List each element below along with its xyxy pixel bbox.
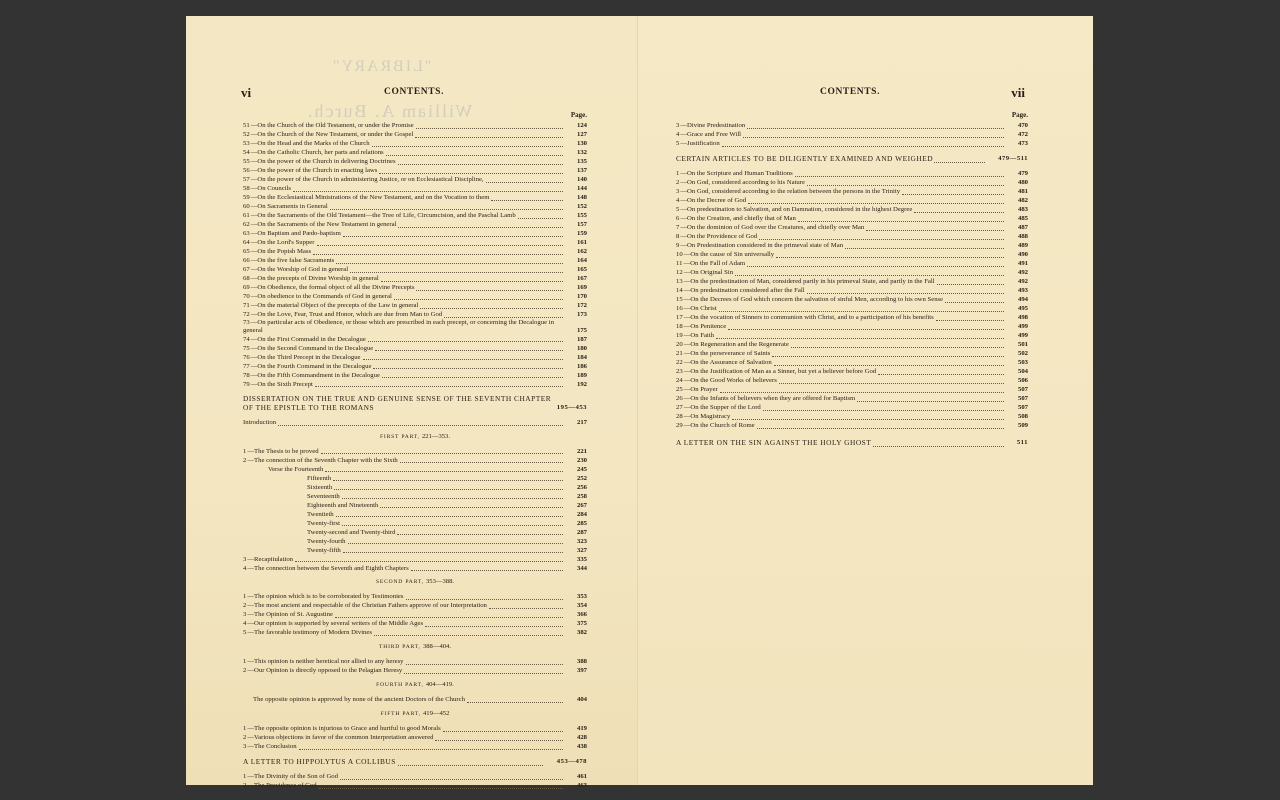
entry-text: On the material Object of the precepts o…: [257, 302, 418, 309]
entry-number: 5: [676, 140, 679, 147]
entry-page: 388: [565, 658, 587, 666]
entry-title: 15—On the Decrees of God which concern t…: [676, 296, 943, 304]
entry-title: 1—The Divinity of the Son of God: [243, 773, 338, 781]
entry-number: 18: [676, 323, 683, 330]
entry-page: 493: [1006, 287, 1028, 295]
entry-title: 2—The connection of the Seventh Chapter …: [243, 457, 398, 465]
entry-number: 2: [243, 734, 246, 741]
entry-text: The Thesis to be proved: [254, 448, 319, 455]
entry-number: 3: [243, 743, 246, 750]
entry-text: On the Decree of God: [687, 197, 746, 204]
entry-number: 24: [676, 377, 683, 384]
entry-number: 66: [243, 257, 250, 264]
section-title: A Letter to Hippolytus a Collibus: [243, 758, 396, 767]
contents-entry: 56—On the power of the Church in enactin…: [243, 166, 587, 175]
leader-dots: [415, 130, 563, 138]
contents-entry: 28—On Magistracy508: [676, 412, 1028, 421]
entry-number: 14: [676, 287, 683, 294]
leader-dots: [743, 130, 1004, 138]
entry-text: On Obedience, the formal object of all t…: [257, 284, 414, 291]
entry-number: 74: [243, 336, 250, 343]
entry-title: 51—On the Church of the Old Testament, o…: [243, 122, 414, 130]
entry-title: 5—The favorable testimony of Modern Divi…: [243, 629, 372, 637]
entry-page: 221: [565, 448, 587, 456]
contents-entry: 55—On the power of the Church in deliver…: [243, 157, 587, 166]
contents-entry: 2—On God, considered according to his Na…: [676, 178, 1028, 187]
entry-number: 61: [243, 212, 250, 219]
entry-number: 3: [676, 122, 679, 129]
leader-dots: [467, 695, 563, 703]
part-range: 419—452: [423, 710, 449, 717]
entry-page: 499: [1006, 323, 1028, 331]
entry-number: 1: [243, 658, 246, 665]
entry-page: 490: [1006, 251, 1028, 259]
leader-dots: [914, 205, 1004, 213]
contents-entry: 19—On Faith499: [676, 331, 1028, 340]
entry-text: On particular acts of Obedience, or thos…: [243, 319, 554, 334]
leader-dots: [343, 545, 563, 553]
contents-entry: 3—The Opinion of St. Augustine366: [243, 610, 587, 619]
leader-dots: [759, 232, 1004, 240]
entry-number: 2: [243, 782, 246, 789]
entry-title: 67—On the Worship of God in general: [243, 266, 348, 274]
contents-entry: 18—On Penitence499: [676, 322, 1028, 331]
contents-entry: 67—On the Worship of God in general165: [243, 265, 587, 274]
first-part-heading: FIRST PART, 221—353.: [243, 433, 587, 442]
entry-text: On the power of the Church in delivering…: [257, 158, 395, 165]
contents-entry: 68—On the precepts of Divine Worship in …: [243, 274, 587, 283]
entry-text: On the Sacraments of the New Testament i…: [257, 221, 396, 228]
contents-entry: 5—The favorable testimony of Modern Divi…: [243, 628, 587, 637]
part-label: FIRST PART,: [380, 434, 420, 440]
entry-title: 4—Grace and Free Will: [676, 131, 741, 139]
leader-dots: [444, 310, 563, 318]
contents-entry: 75—On the Second Command in the Decalogu…: [243, 343, 587, 352]
contents-entry: 23—On the Justification of Man as a Sinn…: [676, 367, 1028, 376]
contents-entry: 64—On the Lord's Supper161: [243, 238, 587, 247]
entry-text: On the Head and the Marks of the Church: [257, 140, 369, 147]
contents-entry: 72—On the Love, Fear, Trust and Honor, w…: [243, 310, 587, 319]
leader-dots: [728, 322, 1004, 330]
leader-dots: [489, 601, 563, 609]
entry-text: On the Creation, and chiefly that of Man: [687, 215, 796, 222]
left-page: "LIBRARY" William A. Burch. vi CONTENTS.…: [186, 16, 638, 785]
entry-title: 57—On the power of the Church in adminis…: [243, 176, 484, 184]
contents-entry: 51—On the Church of the Old Testament, o…: [243, 121, 587, 130]
entry-title: 19—On Faith: [676, 332, 714, 340]
entry-number: 57: [243, 176, 250, 183]
page-number: vii: [1011, 85, 1025, 101]
entry-page: 165: [565, 266, 587, 274]
entry-title: 5—Justification: [676, 140, 720, 148]
entry-title: 3—The Conclusion: [243, 743, 297, 751]
leader-dots: [406, 592, 563, 600]
leader-dots: [398, 758, 543, 766]
contents-entry: 2—Our Opinion is directly opposed to the…: [243, 666, 587, 675]
contents-entry: Twenty-fourth323: [243, 536, 587, 545]
entry-page: 167: [565, 275, 587, 283]
entry-text: On the Sacraments of the Old Testament—t…: [257, 212, 515, 219]
entry-title: 62—On the Sacraments of the New Testamen…: [243, 221, 396, 229]
contents-entry: 66—On the five false Sacraments164: [243, 256, 587, 265]
contents-entry: 11—On the Fall of Adam491: [676, 259, 1028, 268]
entry-text: On predestination to Salvation, and on D…: [687, 206, 912, 213]
entry-page: 169: [565, 284, 587, 292]
entry-number: 53: [243, 140, 250, 147]
entry-number: 17: [676, 314, 683, 321]
entry-number: 5: [243, 629, 246, 636]
entry-page: 245: [565, 466, 587, 474]
entry-number: 21: [676, 350, 683, 357]
entry-text: Twenty-second and Twenty-third: [307, 529, 395, 536]
contents-entry: Twenty-fifth327: [243, 545, 587, 554]
entry-text: On the Ecclesiastical Ministrations of t…: [257, 194, 489, 201]
entry-number: 13: [676, 278, 683, 285]
entry-page: 353: [565, 593, 587, 601]
contents-entry: 10—On the cause of Sin universally490: [676, 250, 1028, 259]
page-column-label: Page.: [676, 112, 1028, 120]
contents-entry: 70—On obedience to the Commands of God i…: [243, 292, 587, 301]
entry-title: 56—On the power of the Church in enactin…: [243, 167, 377, 175]
contents-entry: 77—On the Fourth Command in the Decalogu…: [243, 361, 587, 370]
entry-number: 78: [243, 372, 250, 379]
entry-page: 130: [565, 140, 587, 148]
contents-entry: 1—The Divinity of the Son of God461: [243, 772, 587, 781]
entry-title: 21—On the perseverance of Saints: [676, 350, 770, 358]
entry-page: 155: [565, 212, 587, 220]
entry-title: The opposite opinion is approved by none…: [253, 696, 465, 704]
entry-page: 137: [565, 167, 587, 175]
entry-page: 404: [565, 696, 587, 704]
contents-entry: 5—Justification473: [676, 139, 1028, 148]
section-title: Dissertation on the true and genuine sen…: [243, 395, 553, 412]
entry-page: 463: [565, 782, 587, 790]
entry-number: 1: [243, 593, 246, 600]
entry-text: On the vocation of Sinners to communion …: [690, 314, 933, 321]
entry-number: 1: [243, 725, 246, 732]
leader-dots: [807, 286, 1004, 294]
contents-entry: 65—On the Popish Mass162: [243, 247, 587, 256]
book-spread: "LIBRARY" William A. Burch. vi CONTENTS.…: [186, 16, 1093, 785]
entry-number: 69: [243, 284, 250, 291]
entry-title: 71—On the material Object of the precept…: [243, 302, 418, 310]
letter-entries: 1—The Divinity of the Son of God4612—The…: [243, 772, 587, 790]
leader-dots: [372, 139, 563, 147]
entry-number: 71: [243, 302, 250, 309]
leader-dots: [380, 500, 563, 508]
entry-title: 55—On the power of the Church in deliver…: [243, 158, 396, 166]
entry-title: 2—On God, considered according to his Na…: [676, 179, 805, 187]
leader-dots: [375, 343, 563, 351]
entry-number: 25: [676, 386, 683, 393]
entry-page: 354: [565, 602, 587, 610]
entry-page: 489: [1006, 242, 1028, 250]
leader-dots: [425, 619, 563, 627]
contents-entry: 1—The Thesis to be proved221: [243, 446, 587, 455]
first-part-entries-b: 3—Recapitulation3354—The connection betw…: [243, 554, 587, 572]
entry-text: On the precepts of Divine Worship in gen…: [257, 275, 378, 282]
contents-entry: 52—On the Church of the New Testament, o…: [243, 130, 587, 139]
leader-dots: [845, 241, 1004, 249]
entry-title: 20—On Regeneration and the Regenerate: [676, 341, 789, 349]
entry-page: 144: [565, 185, 587, 193]
entry-page: 502: [1006, 350, 1028, 358]
part-label: FIFTH PART,: [381, 711, 421, 717]
entry-text: On the predestination of Man, considered…: [690, 278, 934, 285]
entry-page: 507: [1006, 386, 1028, 394]
entry-number: 59: [243, 194, 250, 201]
entry-page: 175: [565, 327, 587, 335]
entry-text: On the Fifth Commandment in the Decalogu…: [257, 372, 380, 379]
entry-page: 482: [1006, 197, 1028, 205]
entry-title: 64—On the Lord's Supper: [243, 239, 315, 247]
leader-dots: [373, 361, 563, 369]
entry-number: 51: [243, 122, 250, 129]
contents-entry: 58—On Councils144: [243, 184, 587, 193]
entry-text: Verse the Fourteenth: [268, 466, 323, 473]
leader-dots: [518, 211, 563, 219]
entry-text: On Regeneration and the Regenerate: [690, 341, 788, 348]
entry-text: On the Church of the Old Testament, or u…: [257, 122, 413, 129]
entry-text: On the power of the Church in administer…: [257, 176, 483, 183]
contents-entry: 60—On Sacraments in General152: [243, 202, 587, 211]
entry-text: Justification: [687, 140, 720, 147]
entry-page: 284: [565, 511, 587, 519]
entry-text: Twentieth: [307, 511, 334, 518]
entry-page: 287: [565, 529, 587, 537]
entry-number: 1: [243, 448, 246, 455]
entry-number: 55: [243, 158, 250, 165]
entry-page: 428: [565, 734, 587, 742]
contents-entry: 71—On the material Object of the precept…: [243, 301, 587, 310]
entry-text: On Prayer: [690, 386, 717, 393]
leader-dots: [776, 250, 1004, 258]
entry-page: 483: [1006, 206, 1028, 214]
entry-page: 491: [1006, 260, 1028, 268]
page-column-label: Page.: [243, 112, 587, 120]
entry-text: On the Fourth Command in the Decalogue: [257, 363, 371, 370]
leader-dots: [934, 155, 985, 163]
entry-number: 73: [243, 319, 250, 326]
leader-dots: [747, 259, 1004, 267]
entry-title: 65—On the Popish Mass: [243, 248, 311, 256]
entry-page: 494: [1006, 296, 1028, 304]
contents-entry: 9—On Predestination considered in the pr…: [676, 241, 1028, 250]
entry-title: 8—On the Providence of God: [676, 233, 757, 241]
entry-text: The most ancient and respectable of the …: [254, 602, 487, 609]
entry-title: 73—On particular acts of Obedience, or t…: [243, 319, 561, 335]
entry-title: 4—The connection between the Seventh and…: [243, 565, 409, 573]
leader-dots: [336, 256, 563, 264]
entry-number: 79: [243, 381, 250, 388]
entry-page: 127: [565, 131, 587, 139]
leader-dots: [435, 733, 563, 741]
entry-text: Grace and Free Will: [687, 131, 741, 138]
entry-page: 172: [565, 302, 587, 310]
right-page: CONTENTS. vii Page. 3—Divine Predestinat…: [638, 16, 1093, 785]
leader-dots: [334, 482, 563, 490]
entry-number: 54: [243, 149, 250, 156]
entry-title: Twenty-second and Twenty-third: [307, 529, 395, 537]
entry-title: 27—On the Supper of the Lord: [676, 404, 761, 412]
leader-dots: [747, 121, 1004, 129]
contents-entry: Twenty-first285: [243, 518, 587, 527]
entry-number: 29: [676, 422, 683, 429]
entry-page: 344: [565, 565, 587, 573]
contents-entry: Sixteenth256: [243, 482, 587, 491]
contents-entry: 4—Our opinion is supported by several wr…: [243, 619, 587, 628]
entry-text: On the Catholic Church, her parts and re…: [257, 149, 383, 156]
entry-number: 72: [243, 311, 250, 318]
entry-title: 14—On predestination considered after th…: [676, 287, 805, 295]
entry-number: 11: [676, 260, 682, 267]
entry-text: Fifteenth: [307, 475, 331, 482]
entry-page: 492: [1006, 269, 1028, 277]
section-title: A Letter on the Sin against the Holy Gho…: [676, 439, 871, 448]
entry-page: 503: [1006, 359, 1028, 367]
section-pages: 453—478: [545, 758, 587, 767]
entry-title: 6—On the Creation, and chiefly that of M…: [676, 215, 796, 223]
leader-dots: [398, 220, 563, 228]
entry-title: 24—On the Good Works of believers: [676, 377, 777, 385]
entry-title: 2—The Providence of God: [243, 782, 317, 790]
entry-title: 25—On Prayer: [676, 386, 718, 394]
fourth-part-heading: FOURTH PART, 404—419.: [243, 681, 587, 690]
entry-number: 62: [243, 221, 250, 228]
entry-title: 3—On God, considered according to the re…: [676, 188, 900, 196]
entry-number: 75: [243, 345, 250, 352]
leader-dots: [330, 202, 563, 210]
contents-entry: 2—The most ancient and respectable of th…: [243, 601, 587, 610]
contents-entry: 24—On the Good Works of believers506: [676, 376, 1028, 385]
entry-title: 23—On the Justification of Man as a Sinn…: [676, 368, 876, 376]
entry-text: On the power of the Church in enacting l…: [257, 167, 377, 174]
entry-text: On God, considered according to his Natu…: [687, 179, 805, 186]
entry-number: 2: [243, 602, 246, 609]
leader-dots: [404, 666, 563, 674]
entry-number: 28: [676, 413, 683, 420]
part-label: FOURTH PART,: [376, 682, 423, 688]
contents-entry: 13—On the predestination of Man, conside…: [676, 277, 1028, 286]
leader-dots: [420, 301, 563, 309]
leader-dots: [400, 455, 563, 463]
entry-title: Eighteenth and Nineteenth: [307, 502, 378, 510]
entry-title: 52—On the Church of the New Testament, o…: [243, 131, 413, 139]
articles-entries: 1—On the Scripture and Human Traditions4…: [676, 169, 1028, 430]
entry-text: On the Scripture and Human Traditions: [687, 170, 793, 177]
entry-page: 473: [1006, 140, 1028, 148]
entry-text: Our Opinion is directly opposed to the P…: [254, 667, 402, 674]
entry-text: Twenty-fifth: [307, 547, 341, 554]
contents-entry: 4—On the Decree of God482: [676, 196, 1028, 205]
entry-title: 68—On the precepts of Divine Worship in …: [243, 275, 379, 283]
entry-text: Recapitulation: [254, 556, 293, 563]
entry-page: 480: [1006, 179, 1028, 187]
entry-page: 173: [565, 311, 587, 319]
entry-number: 6: [676, 215, 679, 222]
entry-number: 52: [243, 131, 250, 138]
entry-text: On the First Commadd in the Decalogue: [257, 336, 365, 343]
leader-dots: [857, 394, 1004, 402]
entry-page: 501: [1006, 341, 1028, 349]
entry-page: 252: [565, 475, 587, 483]
entry-title: 1—The opposite opinion is injurious to G…: [243, 725, 441, 733]
entry-page: 375: [565, 620, 587, 628]
entry-title: 1—This opinion is neither heretical nor …: [243, 658, 404, 666]
entry-title: 59—On the Ecclesiastical Ministrations o…: [243, 194, 489, 202]
entry-number: 4: [676, 197, 679, 204]
entry-page: 485: [1006, 215, 1028, 223]
entry-text: On the Third Precept in the Decalogue: [257, 354, 360, 361]
leader-dots: [406, 657, 563, 665]
entry-text: The connection between the Seventh and E…: [254, 565, 409, 572]
entry-page: 487: [1006, 224, 1028, 232]
contents-entry: 5—On predestination to Salvation, and on…: [676, 205, 1028, 214]
contents-entry: 14—On predestination considered after th…: [676, 286, 1028, 295]
entry-title: Fifteenth: [307, 475, 331, 483]
entry-number: 58: [243, 185, 250, 192]
entry-number: 16: [676, 305, 683, 312]
contents-entry: 27—On the Supper of the Lord507: [676, 403, 1028, 412]
leader-dots: [798, 214, 1004, 222]
entry-text: On the Lord's Supper: [257, 239, 314, 246]
leader-dots: [325, 464, 563, 472]
contents-entry: The opposite opinion is approved by none…: [253, 695, 587, 704]
entry-title: 69—On Obedience, the formal object of al…: [243, 284, 414, 292]
entry-number: 4: [243, 565, 246, 572]
contents-entry: 2—Various objections in favor of the com…: [243, 733, 587, 742]
contents-entry: 74—On the First Commadd in the Decalogue…: [243, 334, 587, 343]
entry-text: On the Worship of God in general: [257, 266, 348, 273]
contents-entry: 1—The opinion which is to be corroborate…: [243, 592, 587, 601]
leader-dots: [945, 295, 1004, 303]
leader-dots: [779, 376, 1004, 384]
entry-text: On the Church of Rome: [690, 422, 754, 429]
contents-entry: 15—On the Decrees of God which concern t…: [676, 295, 1028, 304]
entry-number: 64: [243, 239, 250, 246]
entry-title: Seventeenth: [307, 493, 340, 501]
entry-text: The Divinity of the Son of God: [254, 773, 338, 780]
leader-dots: [873, 439, 1004, 447]
leader-dots: [336, 509, 563, 517]
leader-dots: [342, 518, 563, 526]
leader-dots: [732, 412, 1004, 420]
leader-dots: [397, 527, 563, 535]
entry-title: 26—On the Infants of believers when they…: [676, 395, 855, 403]
entry-text: Twenty-first: [307, 520, 340, 527]
entry-page: 479: [1006, 170, 1028, 178]
entry-title: 58—On Councils: [243, 185, 291, 193]
entry-text: The opinion which is to be corroborated …: [254, 593, 403, 600]
leader-dots: [321, 446, 563, 454]
contents-entry: 3—The Conclusion438: [243, 742, 587, 751]
entry-page: 507: [1006, 404, 1028, 412]
leader-dots: [343, 229, 563, 237]
entry-text: Divine Predestination: [687, 122, 745, 129]
entry-number: 1: [676, 170, 679, 177]
leader-dots: [791, 340, 1004, 348]
leader-dots: [317, 238, 564, 246]
entry-title: 5—On predestination to Salvation, and on…: [676, 206, 912, 214]
leader-dots: [763, 403, 1004, 411]
contents-entry: 63—On Baptism and Pædo-baptism159: [243, 229, 587, 238]
entry-page: 366: [565, 611, 587, 619]
entry-title: 29—On the Church of Rome: [676, 422, 755, 430]
contents-entry: 4—The connection between the Seventh and…: [243, 563, 587, 572]
entry-page: 135: [565, 158, 587, 166]
entry-number: 20: [676, 341, 683, 348]
entry-title: 78—On the Fifth Commandment in the Decal…: [243, 372, 380, 380]
